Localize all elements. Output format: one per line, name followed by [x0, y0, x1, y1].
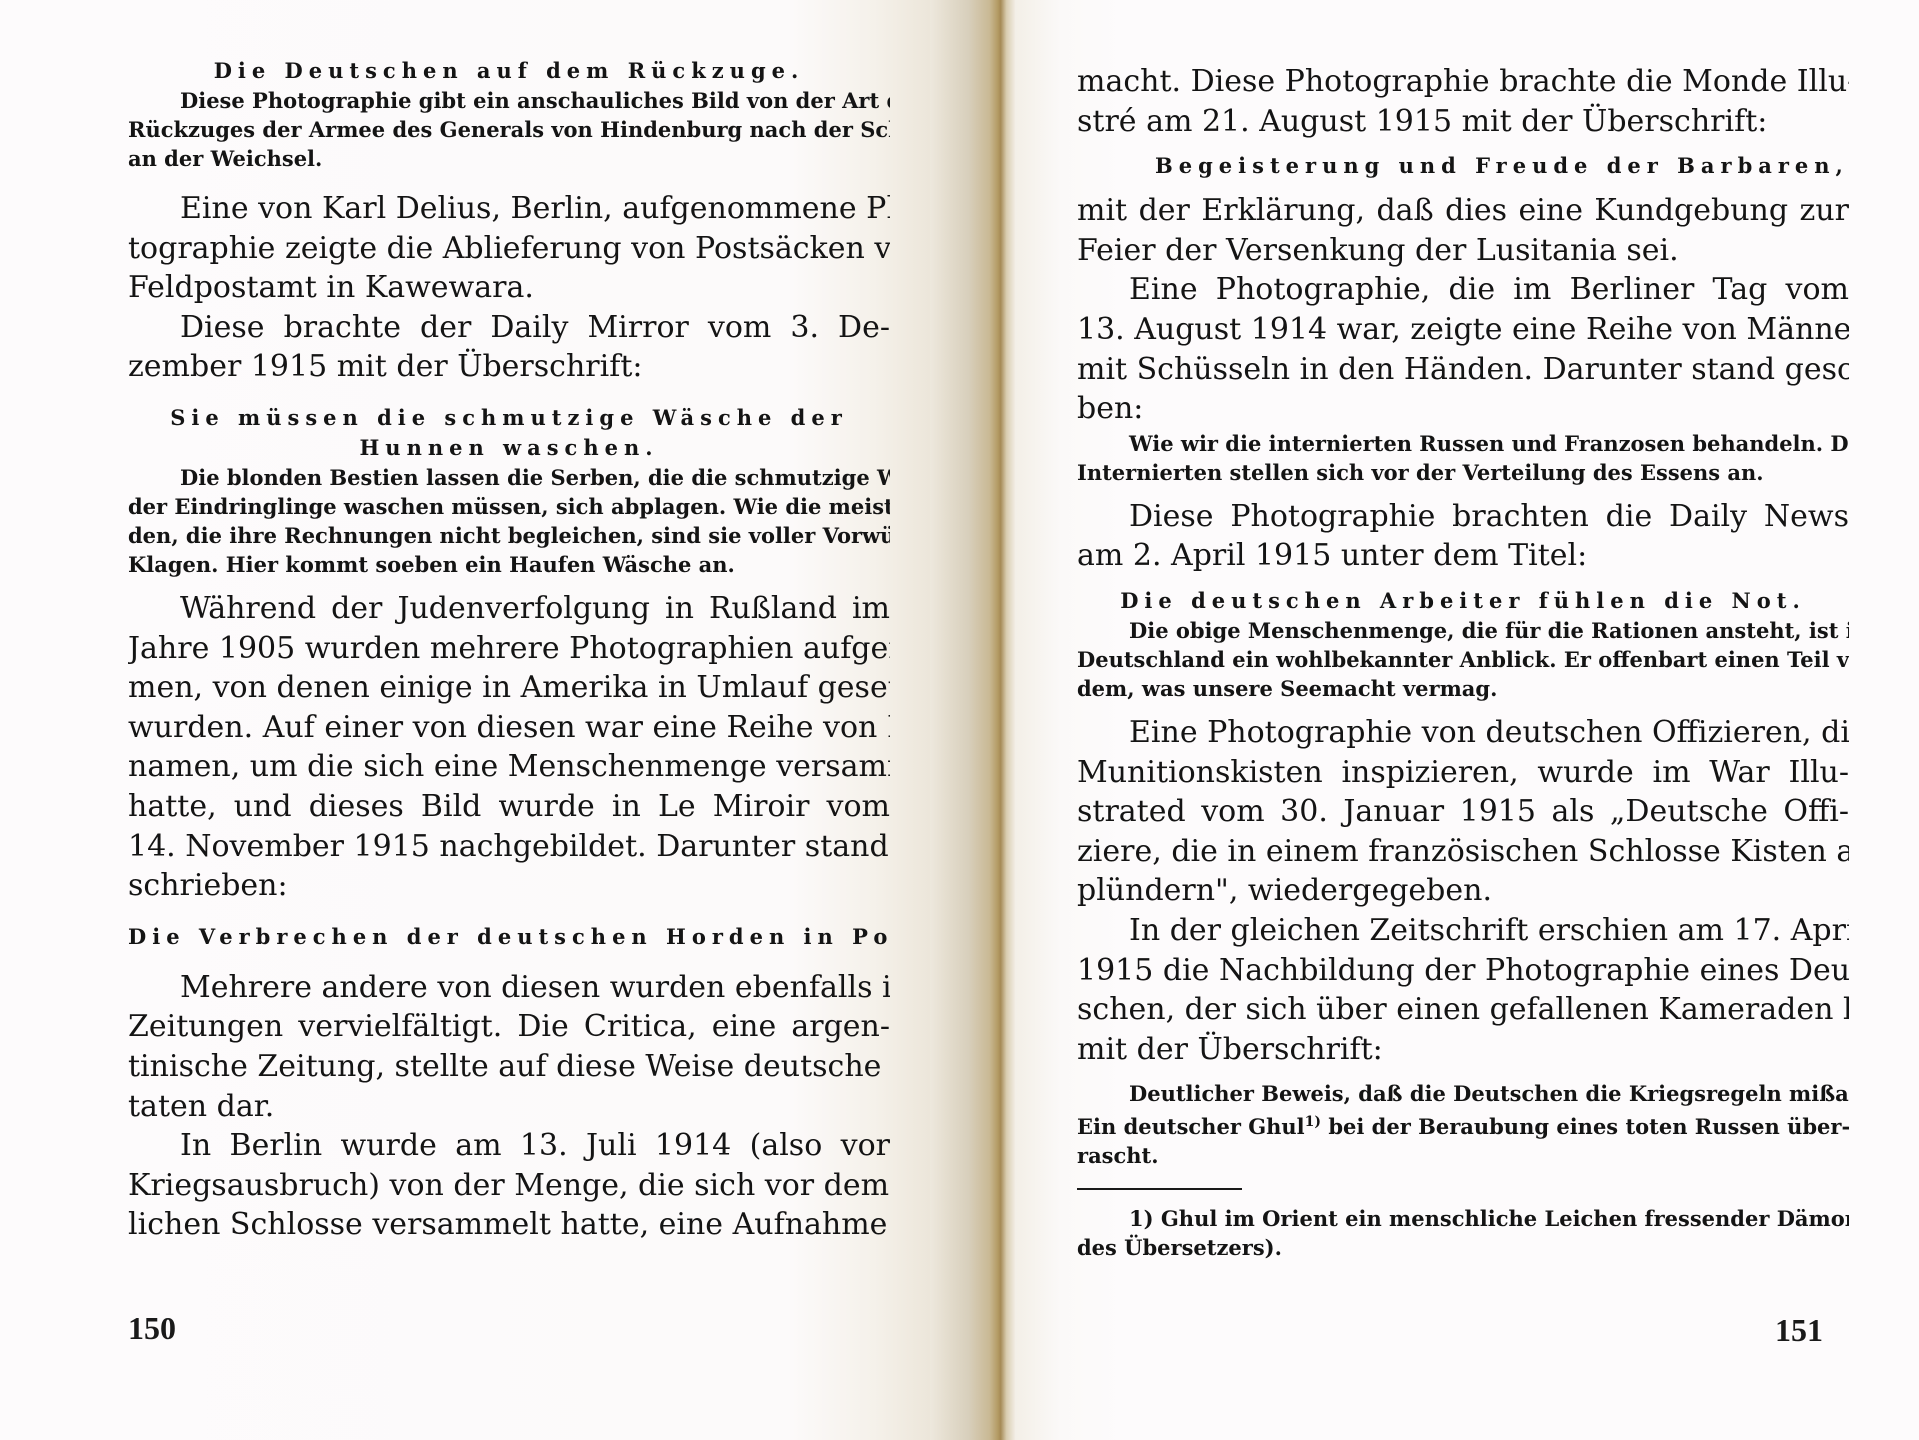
caption-internierte: Wie wir die internierten Russen und Fran…	[1077, 429, 1849, 487]
text-line: schrieben:	[128, 866, 890, 906]
book-spread: Die Deutschen auf dem Rückzuge. Diese Ph…	[0, 0, 1919, 1440]
text-line: tinische Zeitung, stellte auf diese Weis…	[128, 1047, 890, 1087]
caption-retreat: Die Deutschen auf dem Rückzuge. Diese Ph…	[128, 56, 890, 173]
caption-text: bei der Beraubung eines toten Russen übe…	[1321, 1114, 1849, 1139]
caption-line: Rückzuges der Armee des Generals von Hin…	[128, 115, 890, 144]
paragraph-delius: Eine von Karl Delius, Berlin, aufgenomme…	[128, 189, 890, 308]
text-line: ben:	[1077, 389, 1849, 429]
paragraph-monde-illustre: macht. Diese Photographie brachte die Mo…	[1077, 62, 1849, 141]
text-line: Eine Photographie von deutschen Offizier…	[1077, 713, 1849, 753]
caption-hunnen: Sie müssen die schmutzige Wäsche der Hun…	[128, 403, 890, 579]
text-line: schen, der sich über einen gefallenen Ka…	[1077, 990, 1849, 1030]
paragraph-lusitania: mit der Erklärung, daß dies eine Kundgeb…	[1077, 191, 1849, 270]
text-line: mit der Überschrift:	[1077, 1030, 1849, 1070]
text-line: lichen Schlosse versammelt hatte, eine A…	[128, 1205, 890, 1245]
footnote-divider	[1077, 1188, 1242, 1190]
text-line: namen, um die sich eine Menschenmenge ve…	[128, 747, 890, 787]
text-line: stré am 21. August 1915 mit der Überschr…	[1077, 102, 1849, 142]
caption-line: Die obige Menschenmenge, die für die Rat…	[1077, 616, 1849, 645]
text-line: strated vom 30. Januar 1915 als „Deutsch…	[1077, 792, 1849, 832]
paragraph-gleiche-zeitschrift: In der gleichen Zeitschrift erschien am …	[1077, 911, 1849, 1069]
paragraph-berliner-tag: Eine Photographie, die im Berliner Tag v…	[1077, 270, 1849, 428]
caption-line: Die blonden Bestien lassen die Serben, d…	[128, 463, 890, 492]
text-line: Während der Judenverfolgung in Rußland i…	[128, 589, 890, 629]
text-line: 13. August 1914 war, zeigte eine Reihe v…	[1077, 310, 1849, 350]
page-number: 151	[1775, 1312, 1823, 1349]
paragraph-judenverfolgung: Während der Judenverfolgung in Rußland i…	[128, 589, 890, 906]
text-line: Jahre 1905 wurden mehrere Photographien …	[128, 629, 890, 669]
text-line: Eine von Karl Delius, Berlin, aufgenomme…	[128, 189, 890, 229]
page-number: 150	[128, 1310, 176, 1347]
text-line: mit Schüsseln in den Händen. Darunter st…	[1077, 350, 1849, 390]
right-page-body: macht. Diese Photographie brachte die Mo…	[1077, 62, 1849, 1262]
caption-line: Deutlicher Beweis, daß die Deutschen die…	[1077, 1079, 1849, 1108]
text-line: zember 1915 mit der Überschrift:	[128, 347, 890, 387]
text-line: Zeitungen vervielfältigt. Die Critica, e…	[128, 1007, 890, 1047]
caption-title: Sie müssen die schmutzige Wäsche der	[128, 403, 890, 433]
caption-line: Internierten stellen sich vor der Vertei…	[1077, 458, 1849, 487]
caption-line: rascht.	[1077, 1141, 1849, 1170]
caption-line: an der Weichsel.	[128, 144, 890, 173]
paragraph-critica: Mehrere andere von diesen wurden ebenfal…	[128, 968, 890, 1126]
text-line: Feier der Versenkung der Lusitania sei.	[1077, 231, 1849, 271]
footnote-reference[interactable]: 1)	[1305, 1114, 1321, 1130]
text-line: ziere, die in einem französischen Schlos…	[1077, 832, 1849, 872]
caption-title: Die Deutschen auf dem Rückzuge.	[128, 56, 890, 86]
caption-line: dem, was unsere Seemacht vermag.	[1077, 674, 1849, 703]
text-line: Feldpostamt in Kawewara.	[128, 268, 890, 308]
caption-line: der Eindringlinge waschen müssen, sich a…	[128, 492, 890, 521]
text-line: tographie zeigte die Ablieferung von Pos…	[128, 229, 890, 269]
text-line: In Berlin wurde am 13. Juli 1914 (also v…	[128, 1126, 890, 1166]
text-line: Diese Photographie brachten die Daily Ne…	[1077, 497, 1849, 537]
caption-line: Ein deutscher Ghul1) bei der Beraubung e…	[1077, 1108, 1849, 1141]
text-line: am 2. April 1915 unter dem Titel:	[1077, 536, 1849, 576]
left-page: Die Deutschen auf dem Rückzuge. Diese Ph…	[0, 0, 930, 1440]
text-line: In der gleichen Zeitschrift erschien am …	[1077, 911, 1849, 951]
caption-barbaren: Begeisterung und Freude der Barbaren,	[1077, 151, 1849, 181]
text-line: mit der Erklärung, daß dies eine Kundgeb…	[1077, 191, 1849, 231]
caption-horden: Die Verbrechen der deutschen Horden in P…	[128, 922, 890, 952]
text-line: wurden. Auf einer von diesen war eine Re…	[128, 708, 890, 748]
caption-title: Die Verbrechen der deutschen Horden in P…	[128, 922, 890, 952]
footnote: 1) Ghul im Orient ein menschliche Leiche…	[1077, 1204, 1849, 1262]
book-gutter	[930, 0, 1015, 1440]
text-line: hatte, und dieses Bild wurde in Le Miroi…	[128, 787, 890, 827]
caption-line: Wie wir die internierten Russen und Fran…	[1077, 429, 1849, 458]
text-line: Diese brachte der Daily Mirror vom 3. De…	[128, 308, 890, 348]
caption-title: Die deutschen Arbeiter fühlen die Not.	[1077, 586, 1849, 616]
paragraph-berlin: In Berlin wurde am 13. Juli 1914 (also v…	[128, 1126, 890, 1245]
right-page: macht. Diese Photographie brachte die Mo…	[1015, 0, 1919, 1440]
paragraph-daily-mirror: Diese brachte der Daily Mirror vom 3. De…	[128, 308, 890, 387]
footnote-line: des Übersetzers).	[1077, 1233, 1849, 1262]
left-page-body: Die Deutschen auf dem Rückzuge. Diese Ph…	[128, 56, 890, 1245]
text-line: 14. November 1915 nachgebildet. Darunter…	[128, 827, 890, 867]
footnote-text: Ghul im Orient ein menschliche Leichen f…	[1154, 1206, 1849, 1231]
caption-title: Hunnen waschen.	[128, 433, 890, 463]
text-line: 1915 die Nachbildung der Photographie ei…	[1077, 951, 1849, 991]
text-line: taten dar.	[128, 1087, 890, 1127]
paragraph-war-illustrated: Eine Photographie von deutschen Offizier…	[1077, 713, 1849, 911]
footnote-line: 1) Ghul im Orient ein menschliche Leiche…	[1077, 1204, 1849, 1233]
footnote-marker: 1)	[1129, 1206, 1154, 1231]
caption-arbeiter: Die deutschen Arbeiter fühlen die Not. D…	[1077, 586, 1849, 703]
caption-text: Ein deutscher Ghul	[1077, 1114, 1305, 1139]
caption-line: Diese Photographie gibt ein anschauliche…	[128, 86, 890, 115]
caption-ghul: Deutlicher Beweis, daß die Deutschen die…	[1077, 1079, 1849, 1170]
text-line: Eine Photographie, die im Berliner Tag v…	[1077, 270, 1849, 310]
text-line: plündern", wiedergegeben.	[1077, 871, 1849, 911]
caption-line: den, die ihre Rechnungen nicht begleiche…	[128, 521, 890, 550]
paragraph-daily-news: Diese Photographie brachten die Daily Ne…	[1077, 497, 1849, 576]
text-line: Kriegsausbruch) von der Menge, die sich …	[128, 1166, 890, 1206]
text-line: macht. Diese Photographie brachte die Mo…	[1077, 62, 1849, 102]
caption-line: Klagen. Hier kommt soeben ein Haufen Wäs…	[128, 550, 890, 579]
text-line: Munitionskisten inspizieren, wurde im Wa…	[1077, 753, 1849, 793]
text-line: Mehrere andere von diesen wurden ebenfal…	[128, 968, 890, 1008]
caption-title: Begeisterung und Freude der Barbaren,	[1077, 151, 1849, 181]
text-line: men, von denen einige in Amerika in Umla…	[128, 668, 890, 708]
caption-line: Deutschland ein wohlbekannter Anblick. E…	[1077, 645, 1849, 674]
